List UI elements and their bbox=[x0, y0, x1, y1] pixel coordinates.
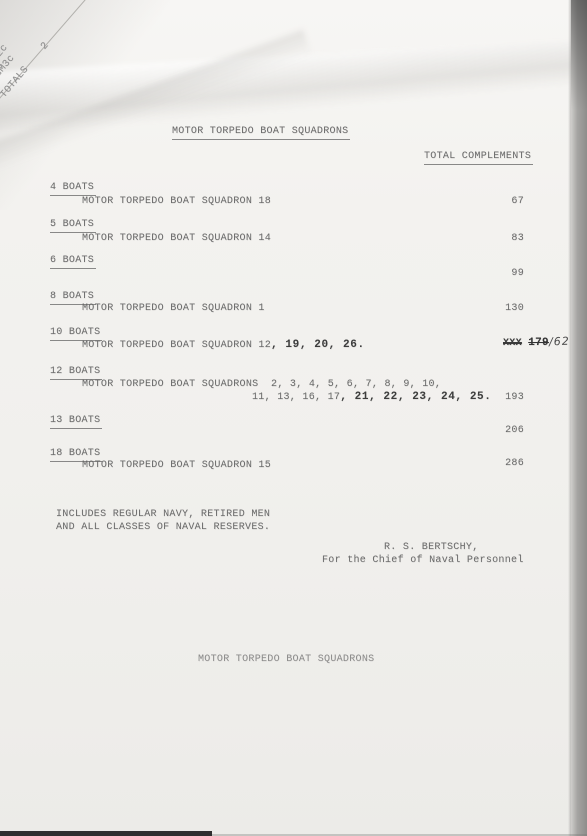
total-value: 130 bbox=[505, 303, 524, 314]
boat-group-label: 6 BOATS bbox=[50, 255, 96, 269]
boat-group-label: 13 BOATS bbox=[50, 415, 102, 429]
squadron-list-line2: 11, 13, 16, 17 bbox=[252, 392, 340, 403]
total-value: 83 bbox=[511, 233, 524, 244]
total-struck-typed: XXX bbox=[503, 338, 522, 349]
total-handwritten: /62 bbox=[549, 335, 570, 349]
signature-title: For the Chief of Naval Personnel bbox=[322, 555, 524, 566]
total-value: 193 bbox=[505, 392, 524, 403]
squadron-list-added: , 19, 20, 26. bbox=[271, 339, 365, 351]
squadron-list: MOTOR TORPEDO BOAT SQUADRON 12 bbox=[82, 340, 271, 351]
total-value: 206 bbox=[505, 425, 524, 436]
total-value: 67 bbox=[511, 196, 524, 207]
page-title: MOTOR TORPEDO BOAT SQUADRONS bbox=[172, 126, 350, 140]
scanned-document-page: RM2c RdM3c TOTALS 2 MOTOR TORPEDO BOAT S… bbox=[0, 0, 587, 836]
scanner-edge-shadow-top bbox=[571, 0, 587, 110]
squadron-list-line2-added: , 21, 22, 23, 24, 25. bbox=[340, 391, 491, 403]
scanner-edge-shadow bbox=[571, 0, 587, 836]
folded-corner-fragment: RM2c RdM3c TOTALS 2 bbox=[0, 0, 86, 101]
squadron-list: MOTOR TORPEDO BOAT SQUADRON 15 bbox=[82, 460, 271, 471]
totals-column-header: TOTAL COMPLEMENTS bbox=[424, 151, 533, 165]
paper-crease bbox=[0, 38, 587, 131]
squadron-list: MOTOR TORPEDO BOAT SQUADRON 1 bbox=[82, 303, 265, 314]
total-value: 286 bbox=[505, 458, 524, 469]
total-value: 99 bbox=[511, 268, 524, 279]
squadron-list: MOTOR TORPEDO BOAT SQUADRON 14 bbox=[82, 233, 271, 244]
squadron-list: MOTOR TORPEDO BOAT SQUADRON 18 bbox=[82, 196, 271, 207]
scanner-edge-bottom bbox=[0, 831, 212, 836]
footnote-line: AND ALL CLASSES OF NAVAL RESERVES. bbox=[56, 522, 270, 533]
total-struck: 179 bbox=[528, 337, 549, 349]
page-footer-caption: MOTOR TORPEDO BOAT SQUADRONS bbox=[198, 654, 374, 665]
